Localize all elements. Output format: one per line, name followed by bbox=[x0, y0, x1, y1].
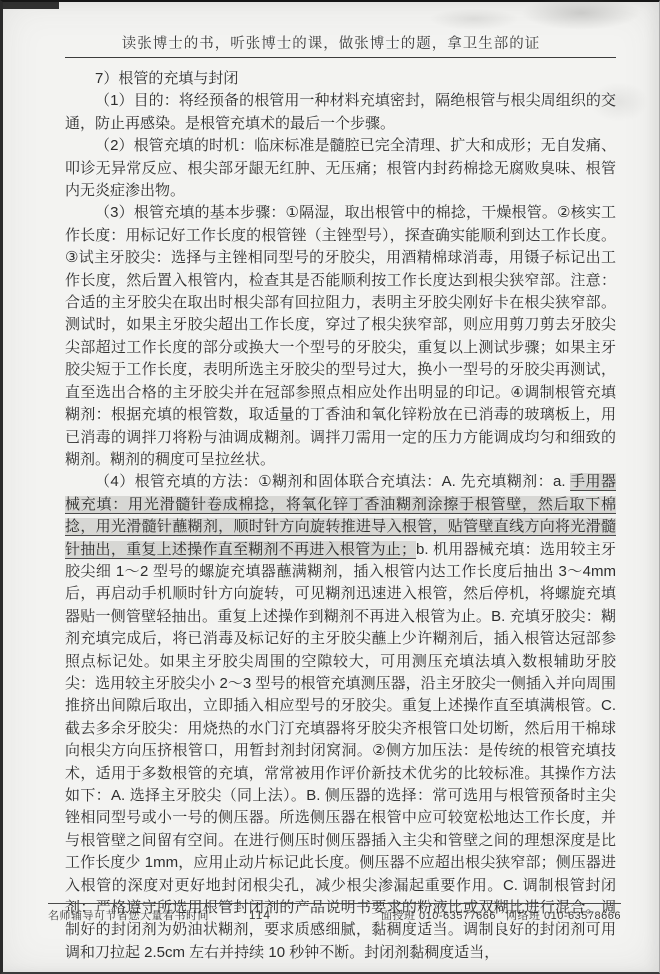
scanned-document-page: 读张博士的书，听张博士的课，做张博士的题，拿卫生部的证 7）根管的充填与封闭 （… bbox=[0, 0, 660, 974]
paragraph-basic-steps: （3）根管充填的基本步骤：①隔湿，取出根管中的棉捻，干燥根管。②核实工作长度：用… bbox=[65, 202, 616, 471]
section-heading: 7）根管的充填与封闭 bbox=[65, 68, 616, 90]
footer-left-slogan: 名师辅导可节省您大量看书时间 bbox=[48, 907, 209, 923]
paragraph-timing: （2）根管充填的时机：临床标准是髓腔已完全清理、扩大和成形；无自发痛、叩诊无异常… bbox=[65, 135, 616, 202]
paragraph-text: b. 机用器械充填：选用较主牙胶尖细 1～2 型号的螺旋充填器蘸满糊剂，插入根管… bbox=[65, 541, 616, 961]
paragraph-purpose: （1）目的：将经预备的根管用一种材料充填密封，隔绝根管与根尖周组织的交通，防止再… bbox=[65, 90, 616, 135]
document-body: 7）根管的充填与封闭 （1）目的：将经预备的根管用一种材料充填密封，隔绝根管与根… bbox=[65, 68, 616, 964]
footer-contacts: 面授班 010-63577666网络班 010-63578666 bbox=[371, 907, 621, 923]
page-footer: 名师辅导可节省您大量看书时间 114 面授班 010-63577666网络班 0… bbox=[48, 903, 621, 923]
scan-smudge bbox=[521, 0, 641, 30]
header-slogan: 读张博士的书，听张博士的课，做张博士的题，拿卫生部的证 bbox=[3, 32, 659, 53]
footer-contact-inperson: 面授班 010-63577666 bbox=[381, 910, 496, 922]
paragraph-text: （4）根管充填的方法：①糊剂和固体联合充填法：A. 先充填糊剂：a. bbox=[95, 473, 570, 490]
paragraph-filling-methods: （4）根管充填的方法：①糊剂和固体联合充填法：A. 先充填糊剂：a. 手用器械充… bbox=[65, 471, 616, 964]
header-rule bbox=[65, 57, 616, 58]
page-number: 114 bbox=[249, 908, 271, 922]
scan-edge-artifact bbox=[3, 2, 59, 9]
scan-smudge bbox=[429, 8, 519, 30]
footer-contact-online: 网络班 010-63578666 bbox=[506, 910, 621, 922]
